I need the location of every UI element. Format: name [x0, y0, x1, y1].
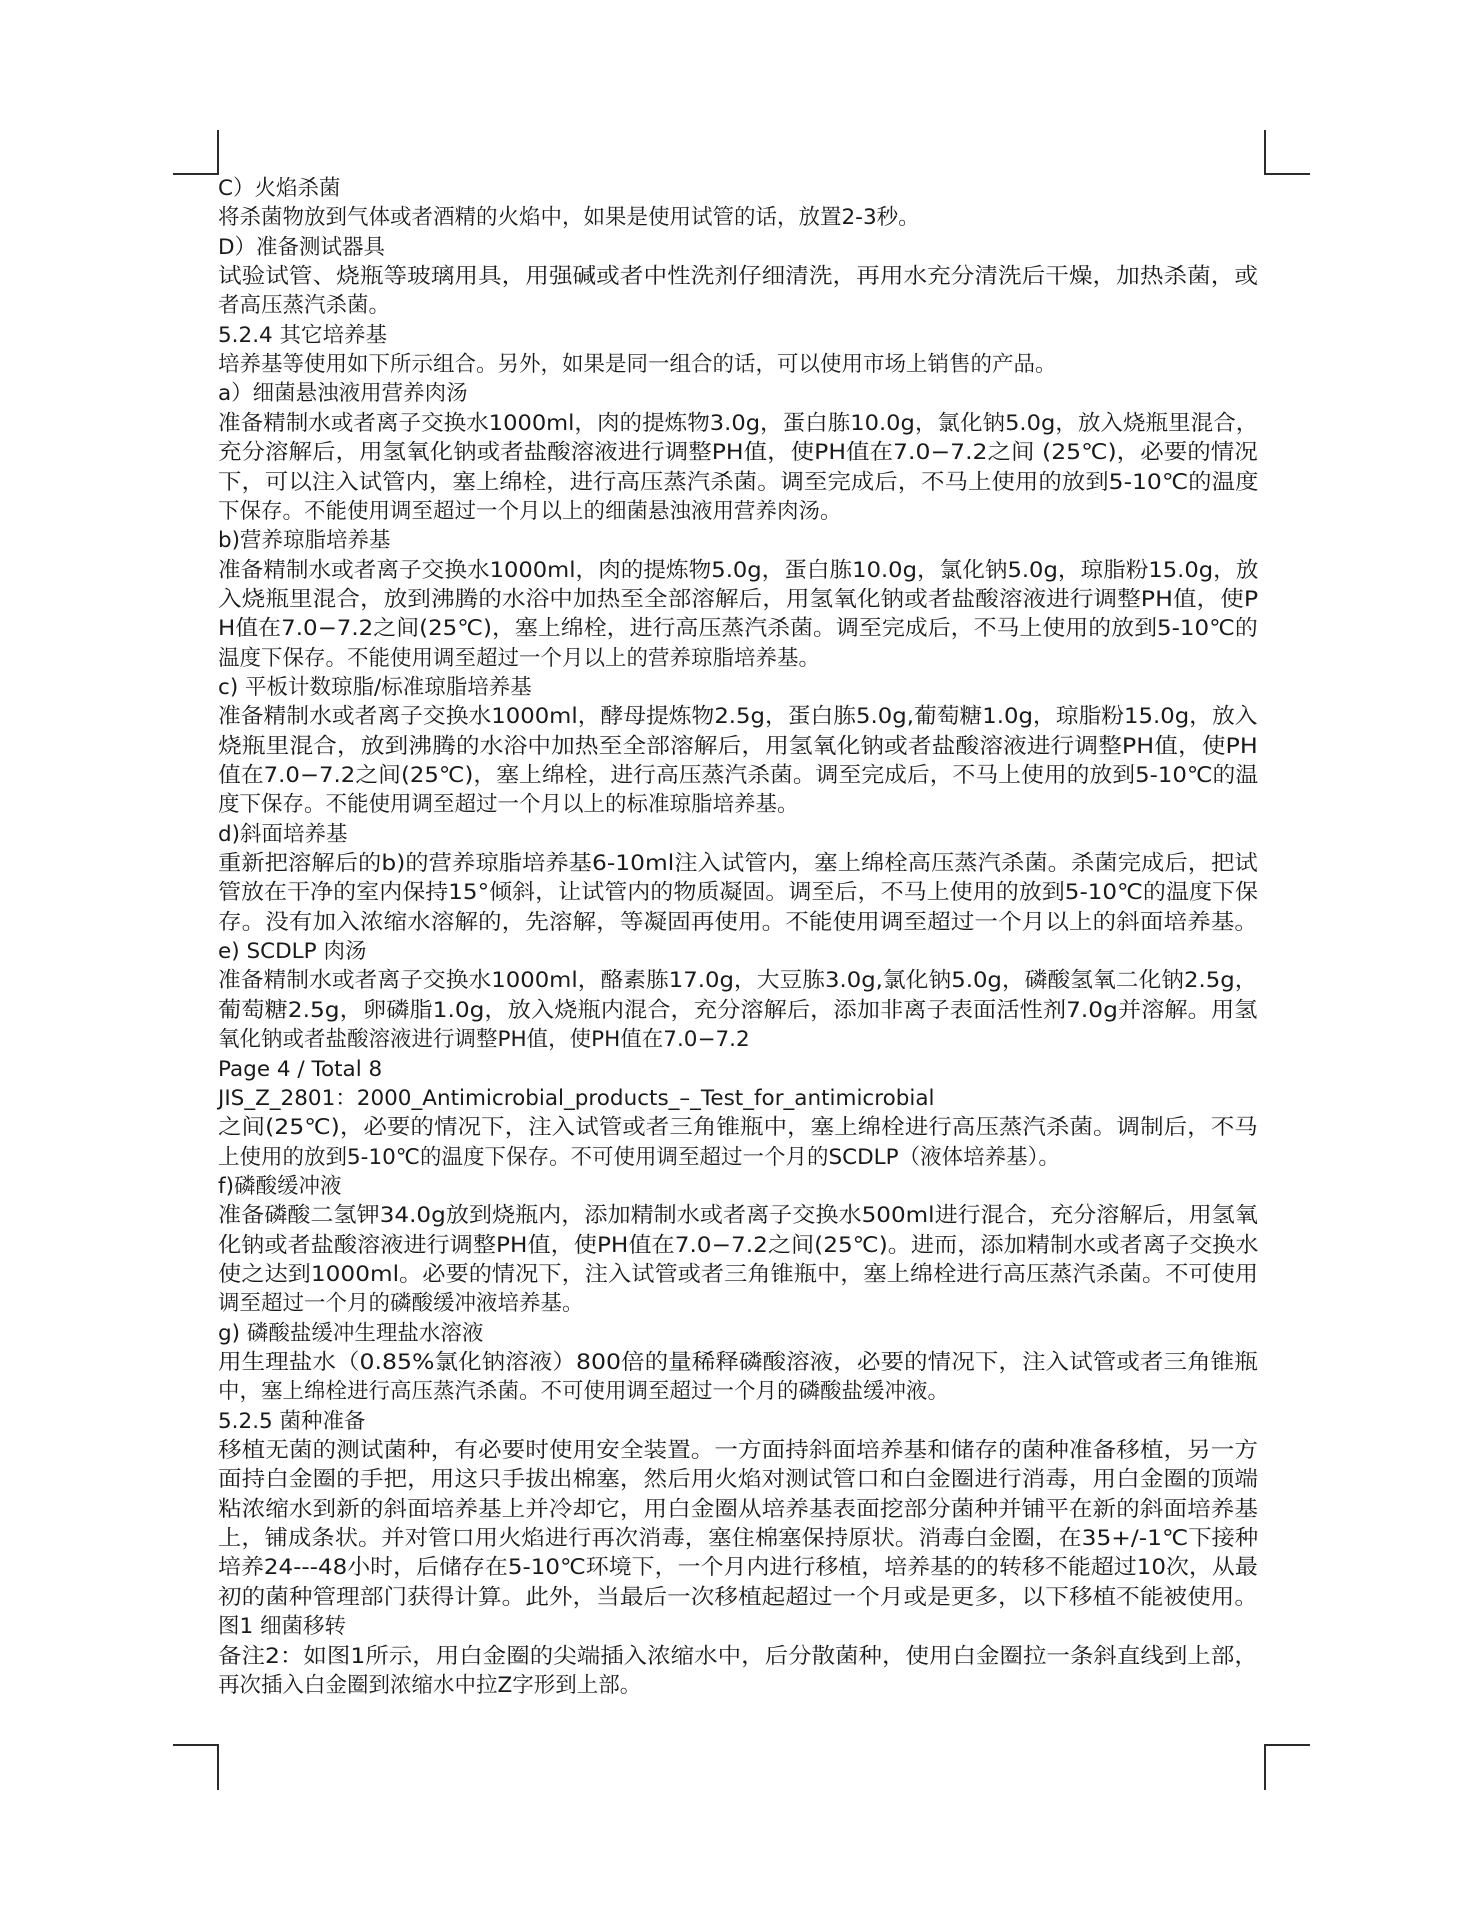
crop-mark-top-left-vertical — [217, 130, 219, 175]
section-heading: a）细菌悬浊液用营养肉汤 — [218, 379, 468, 408]
section-heading: 5.2.4 其它培养基 — [218, 321, 387, 350]
paragraph-line: 中，塞上绵栓进行高压蒸汽杀菌。不可使用调至超过一个月的磷酸盐缓冲液。 — [218, 1377, 949, 1406]
paragraph-line: 化钠或者盐酸溶液进行调整PH值，使PH值在7.0−7.2之间(25℃)。进而，添… — [218, 1231, 1258, 1260]
section-heading: e) SCDLP 肉汤 — [218, 937, 366, 966]
paragraph-line: 烧瓶里混合，放到沸腾的水浴中加热至全部溶解后，用氢氧化钠或者盐酸溶液进行调整PH… — [218, 732, 1258, 761]
paragraph-line: 温度下保存。不能使用调至超过一个月以上的营养琼脂培养基。 — [218, 644, 820, 673]
paragraph-line: 培养24---48小时，后储存在5-10℃环境下，一个月内进行移植，培养基的的转… — [218, 1553, 1258, 1582]
section-heading: D）准备测试器具 — [218, 233, 385, 262]
paragraph-line: 存。没有加入浓缩水溶解的，先溶解，等凝固再使用。不能使用调至超过一个月以上的斜面… — [218, 908, 1258, 937]
paragraph-line: 者高压蒸汽杀菌。 — [218, 291, 390, 320]
paragraph-line: 初的菌种管理部门获得计算。此外，当最后一次移植起超过一个月或是更多，以下移植不能… — [218, 1583, 1258, 1612]
paragraph-line: 值在7.0−7.2之间(25℃)，塞上绵栓，进行高压蒸汽杀菌。调至完成后，不马上… — [218, 761, 1258, 790]
paragraph-line: 葡萄糖2.5g，卵磷脂1.0g，放入烧瓶内混合，充分溶解后，添加非离子表面活性剂… — [218, 996, 1257, 1025]
section-heading: 图1 细菌移转 — [218, 1612, 346, 1641]
paragraph-line: 下，可以注入试管内，塞上绵栓，进行高压蒸汽杀菌。调至完成后，不马上使用的放到5-… — [218, 468, 1258, 497]
paragraph-line: 充分溶解后，用氢氧化钠或者盐酸溶液进行调整PH值，使PH值在7.0−7.2之间 … — [218, 438, 1258, 467]
document-page: C）火焰杀菌将杀菌物放到气体或者酒精的火焰中，如果是使用试管的话，放置2-3秒。… — [0, 0, 1483, 1920]
paragraph-line: 备注2：如图1所示，用白金圈的尖端插入浓缩水中，后分散菌种，使用白金圈拉一条斜直… — [218, 1642, 1258, 1671]
paragraph-line: 上，铺成条状。并对管口用火焰进行再次消毒，塞住棉塞保持原状。消毒白金圈，在35+… — [218, 1524, 1258, 1553]
paragraph-line: 调至超过一个月的磷酸缓冲液培养基。 — [218, 1289, 584, 1318]
page-number: Page 4 / Total 8 — [218, 1055, 382, 1084]
section-heading: f)磷酸缓冲液 — [218, 1172, 341, 1201]
crop-mark-bottom-right-horizontal — [1264, 1744, 1310, 1746]
paragraph-line: 将杀菌物放到气体或者酒精的火焰中，如果是使用试管的话，放置2-3秒。 — [218, 203, 920, 232]
section-heading: g) 磷酸盐缓冲生理盐水溶液 — [218, 1319, 483, 1348]
crop-mark-bottom-left-horizontal — [173, 1744, 219, 1746]
paragraph-line: 再次插入白金圈到浓缩水中拉Z字形到上部。 — [218, 1671, 641, 1700]
crop-mark-top-left-horizontal — [173, 173, 219, 175]
paragraph-line: 粘浓缩水到新的斜面培养基上并冷却它，用白金圈从培养基表面挖部分菌种并铺平在新的斜… — [218, 1495, 1258, 1524]
section-heading: d)斜面培养基 — [218, 820, 348, 849]
paragraph-line: 移植无菌的测试菌种，有必要时使用安全装置。一方面持斜面培养基和储存的菌种准备移植… — [218, 1436, 1258, 1465]
section-heading: b)营养琼脂培养基 — [218, 526, 391, 555]
paragraph-line: 培养基等使用如下所示组合。另外，如果是同一组合的话，可以使用市场上销售的产品。 — [218, 350, 1057, 379]
crop-mark-bottom-left-vertical — [217, 1744, 219, 1790]
paragraph-line: 准备精制水或者离子交换水1000ml，肉的提炼物5.0g，蛋白胨10.0g，氯化… — [218, 556, 1258, 585]
paragraph-line: 准备精制水或者离子交换水1000ml，酵母提炼物2.5g，蛋白胨5.0g,葡萄糖… — [218, 702, 1257, 731]
paragraph-line: 面持白金圈的手把，用这只手拔出棉塞，然后用火焰对测试管口和白金圈进行消毒，用白金… — [218, 1465, 1258, 1494]
document-title: JIS_Z_2801：2000_Antimicrobial_products_–… — [218, 1084, 935, 1113]
crop-mark-top-right-vertical — [1264, 130, 1266, 175]
section-heading: c) 平板计数琼脂/标准琼脂培养基 — [218, 673, 532, 702]
paragraph-line: 上使用的放到5-10℃的温度下保存。不可使用调至超过一个月的SCDLP（液体培养… — [218, 1143, 1060, 1172]
paragraph-line: 氧化钠或者盐酸溶液进行调整PH值，使PH值在7.0−7.2 — [218, 1025, 750, 1054]
paragraph-line: 重新把溶解后的b)的营养琼脂培养基6-10ml注入试管内，塞上绵栓高压蒸汽杀菌。… — [218, 849, 1258, 878]
paragraph-line: 使之达到1000ml。必要的情况下，注入试管或者三角锥瓶中，塞上绵栓进行高压蒸汽… — [218, 1260, 1258, 1289]
paragraph-line: 用生理盐水（0.85%氯化钠溶液）800倍的量稀释磷酸溶液，必要的情况下，注入试… — [218, 1348, 1258, 1377]
section-heading: 5.2.5 菌种准备 — [218, 1407, 366, 1436]
section-heading: C）火焰杀菌 — [218, 174, 341, 203]
paragraph-line: 试验试管、烧瓶等玻璃用具，用强碱或者中性洗剂仔细清洗，再用水充分清洗后干燥，加热… — [218, 262, 1258, 291]
paragraph-line: 准备精制水或者离子交换水1000ml，酪素胨17.0g，大豆胨3.0g,氯化钠5… — [218, 966, 1257, 995]
paragraph-line: 之间(25℃)，必要的情况下，注入试管或者三角锥瓶中，塞上绵栓进行高压蒸汽杀菌。… — [218, 1113, 1258, 1142]
crop-mark-top-right-horizontal — [1264, 173, 1310, 175]
paragraph-line: H值在7.0−7.2之间(25℃)，塞上绵栓，进行高压蒸汽杀菌。调至完成后，不马… — [218, 614, 1258, 643]
crop-mark-bottom-right-vertical — [1264, 1744, 1266, 1790]
paragraph-line: 下保存。不能使用调至超过一个月以上的细菌悬浊液用营养肉汤。 — [218, 497, 842, 526]
paragraph-line: 入烧瓶里混合，放到沸腾的水浴中加热至全部溶解后，用氢氧化钠或者盐酸溶液进行调整P… — [218, 585, 1258, 614]
paragraph-line: 管放在干净的室内保持15°倾斜，让试管内的物质凝固。调至后，不马上使用的放到5-… — [218, 878, 1258, 907]
paragraph-line: 度下保存。不能使用调至超过一个月以上的标准琼脂培养基。 — [218, 790, 799, 819]
paragraph-line: 准备精制水或者离子交换水1000ml，肉的提炼物3.0g，蛋白胨10.0g，氯化… — [218, 409, 1258, 438]
paragraph-line: 准备磷酸二氢钾34.0g放到烧瓶内，添加精制水或者离子交换水500ml进行混合，… — [218, 1201, 1258, 1230]
